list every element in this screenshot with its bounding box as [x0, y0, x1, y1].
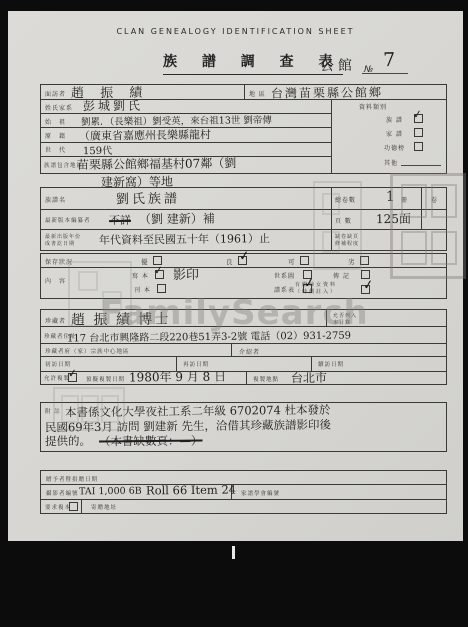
row-divider: [41, 484, 446, 485]
category-genealogy-label: 族 譜: [386, 115, 403, 124]
category-family-checkbox: [414, 128, 423, 137]
editor-label: 最新版本編纂者: [45, 216, 91, 224]
category-merit-label: 功德榜: [384, 143, 405, 152]
coverage-value: 苗栗縣公館鄉福基村07鄰（劉: [77, 154, 236, 173]
donor-label: 贈予者暨捐贈日期: [46, 475, 98, 483]
roll-item-value: Roll 66 Item 24: [146, 483, 236, 498]
seal-stamp-inner: [78, 271, 98, 291]
content-chart-label: 世系圖: [274, 271, 295, 280]
film-place-label: 複製地點: [253, 375, 279, 383]
interviewer-label: 面訪者: [45, 89, 66, 98]
col-divider: [331, 99, 332, 173]
seal-stamp-inner: [81, 395, 99, 423]
condition-fair-checkbox: [300, 256, 309, 265]
book-name-value: 劉氏族譜: [116, 188, 180, 208]
english-header: CLAN GENEALOGY IDENTIFICATION SHEET: [8, 27, 463, 36]
collector-label: 珍藏者: [45, 316, 66, 325]
film-date-value: 1980年 9 月 8 日: [129, 367, 226, 385]
book-table: 族譜名 劉氏族譜 總卷數 1 冊 卷 最新版本編纂者 不詳 （劉 建新）補 頁 …: [40, 187, 447, 251]
col-divider: [231, 343, 232, 356]
seal-stamp-inner: [61, 395, 79, 423]
region-value: 台灣苗栗縣公館鄉: [271, 83, 383, 101]
content-women-check: ✓: [362, 277, 375, 293]
row-divider: [41, 356, 446, 357]
pub-year-label-1: 最新出版年份: [45, 233, 81, 240]
generations-label: 世 代: [45, 145, 66, 154]
photographer-number-label: 攝影者編號: [46, 489, 79, 497]
category-genealogy-check: ✓: [412, 107, 423, 121]
form-title: 族 譜 調 查 表: [163, 51, 343, 75]
row-divider: [41, 499, 446, 500]
familysearch-watermark: FamilySearch: [100, 293, 369, 333]
pub-year-value: 年代資料至民國五十年（1961）止: [99, 230, 270, 248]
content-women-label-1: 有關婦女資料: [295, 281, 337, 288]
seal-stamp-inner: [401, 184, 427, 218]
notes-line-3: 提供的。: [45, 433, 91, 449]
seal-stamp-mid: [313, 181, 362, 270]
clan-value: 彭城劉氏: [83, 97, 143, 115]
survey-table: 面訪者 趙 振 績 地 區 台灣苗栗縣公館鄉 姓氏家系 彭城劉氏 始 祖 劉累．…: [40, 84, 447, 174]
scan-artifact: [232, 546, 235, 559]
seal-stamp-inner: [431, 231, 457, 265]
ancestor-value: 劉累．（長樂祖）劉受英，來台祖13世 劉帝傳: [81, 112, 272, 128]
clan-center-label: 珍藏者府（家）宗族中心地區: [45, 347, 130, 355]
row-divider: [41, 371, 446, 372]
filming-table: 贈予者暨捐贈日期 攝影者編號 TAI 1,000 6B Roll 66 Item…: [40, 470, 447, 514]
seal-stamp-notes: [53, 387, 125, 431]
editor-value: （劉 建新）補: [139, 210, 215, 228]
condition-good-check: ✓: [238, 248, 251, 264]
book-name-label: 族譜名: [45, 195, 66, 204]
introducer-label: 介紹者: [239, 347, 260, 356]
content-manuscript-label: 寫 本: [132, 271, 149, 280]
ancestor-label: 始 祖: [45, 117, 66, 126]
seal-stamp-inner: [102, 291, 122, 311]
pub-year-label-2: 成書訖日期: [45, 240, 75, 247]
content-manuscript-note: 影印: [173, 264, 199, 283]
paper-sheet: CLAN GENEALOGY IDENTIFICATION SHEET 族 譜 …: [8, 11, 463, 541]
col-divider: [244, 85, 245, 99]
followup-visit-label: 續訪日期: [318, 360, 344, 368]
place-name: 公館: [320, 55, 356, 75]
film-date-label: 預擬複製日期: [86, 375, 125, 383]
content-biography-label: 傳 記: [333, 271, 350, 280]
copy-request-checkbox: [69, 502, 78, 511]
condition-good-label: 良: [226, 257, 234, 266]
col-divider: [246, 371, 247, 384]
seal-stamp-right: [390, 173, 466, 279]
content-label: 內 容: [45, 276, 66, 285]
seal-stamp-inner: [101, 395, 119, 423]
copy-request-label: 要求複本: [45, 503, 71, 511]
condition-fair-label: 可: [288, 257, 296, 266]
category-merit-checkbox: [414, 142, 423, 151]
film-place-value: 台北市: [291, 369, 327, 386]
seal-stamp-inner: [431, 184, 457, 218]
region-label: 地 區: [249, 89, 266, 98]
origin-label: 原 籍: [45, 131, 66, 140]
category-other-label: 其他: [384, 158, 398, 167]
seal-stamp-inner: [322, 193, 340, 215]
seal-stamp-left: [68, 261, 132, 327]
condition-excellent-label: 優: [141, 257, 149, 266]
content-manuscript-check: ✓: [153, 263, 164, 277]
photographer-number-value: TAI 1,000 6B: [79, 486, 142, 498]
category-other-blank: [401, 165, 441, 166]
permit-copy-check: ✓: [67, 366, 78, 380]
scanned-document: CLAN GENEALOGY IDENTIFICATION SHEET 族 譜 …: [0, 0, 468, 627]
society-number-label: 家譜學會編號: [241, 489, 280, 497]
editor-struck-value: 不詳: [109, 212, 131, 228]
mailing-address-label: 寄贈地址: [91, 503, 117, 511]
clan-label: 姓氏家系: [45, 103, 73, 112]
seal-stamp-inner: [401, 231, 427, 265]
number-underline: [362, 73, 408, 74]
content-print-checkbox: [157, 284, 166, 293]
number-value: 7: [383, 49, 395, 71]
seal-stamp-inner: [322, 231, 340, 253]
category-family-label: 家 譜: [386, 129, 403, 138]
notes-struck-text: （本書缺數頁：—）: [99, 432, 203, 449]
permit-copy-label: 允許複製: [44, 374, 70, 382]
category-header: 資料類別: [359, 102, 387, 111]
col-divider: [81, 499, 82, 513]
